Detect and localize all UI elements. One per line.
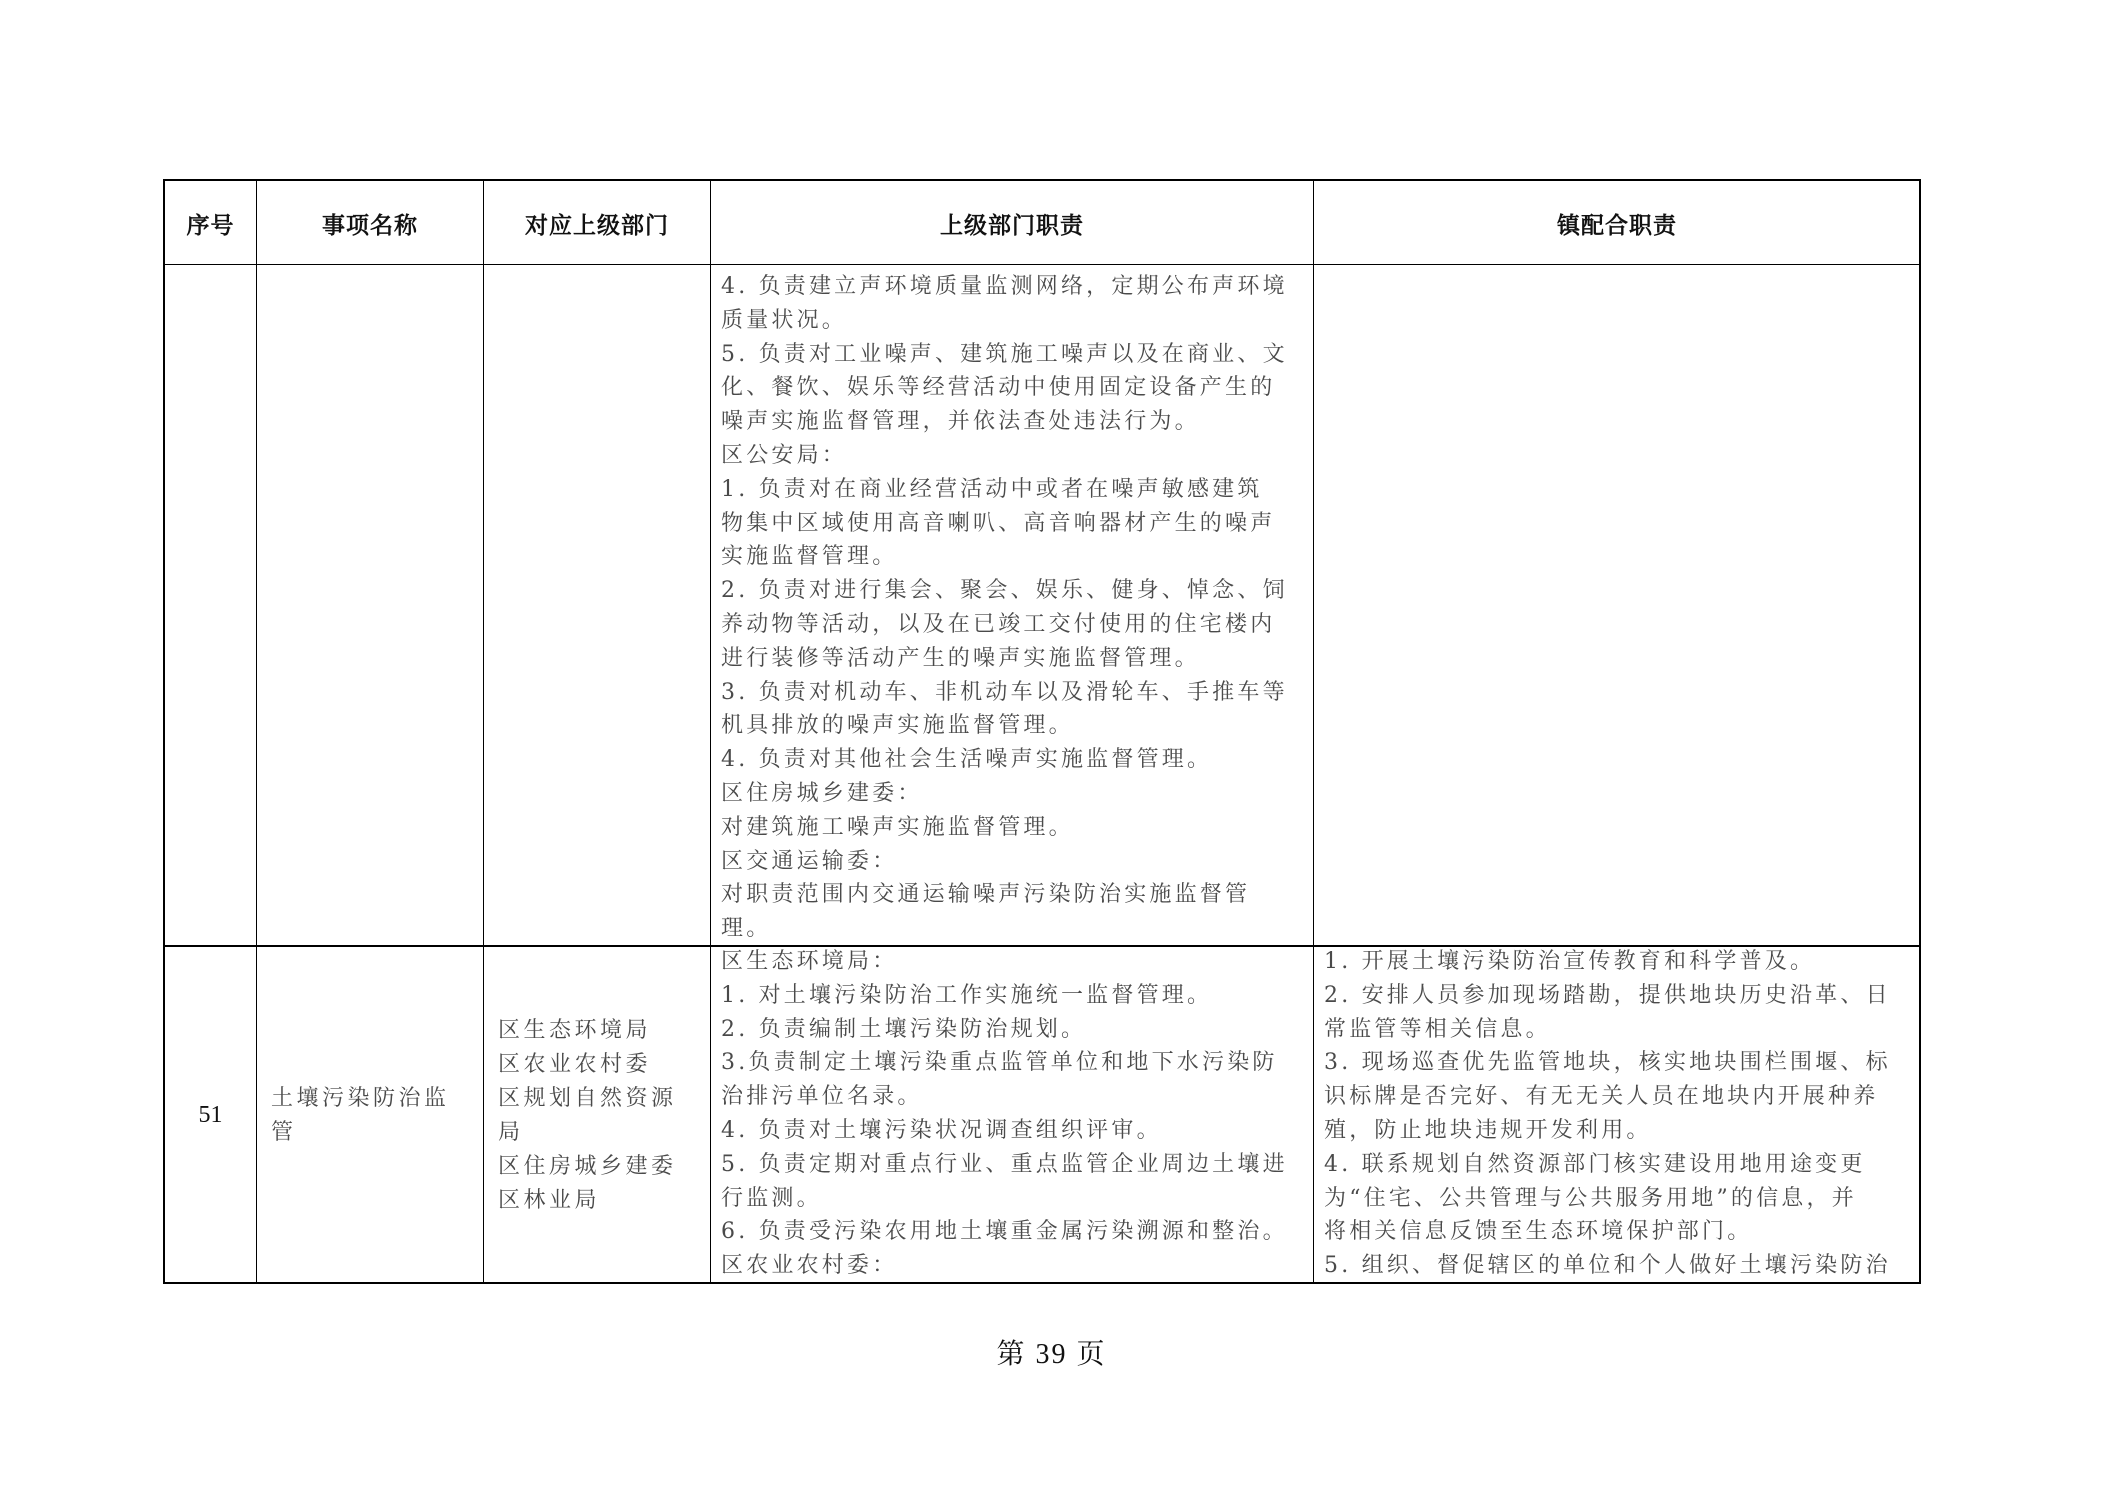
header-superior-duties: 上级部门职责 [711,181,1313,265]
text-line: 2. 负责编制土壤污染防治规划。 [721,1013,1307,1047]
header-town-duties: 镇配合职责 [1314,181,1920,265]
text-line: 实施监督管理。 [721,540,1307,574]
text-line: 质量状况。 [721,304,1307,338]
page-number: 第 39 页 [0,1332,2103,1372]
text-line: 区交通运输委： [721,845,1307,879]
text-line: 1. 负责对在商业经营活动中或者在噪声敏感建筑 [721,473,1307,507]
superior-duties-cell: 4. 负责建立声环境质量监测网络，定期公布声环境 质量状况。 5. 负责对工业噪… [711,266,1313,945]
text-line: 4. 负责对土壤污染状况调查组织评审。 [721,1114,1307,1148]
text-line: 3. 负责对机动车、非机动车以及滑轮车、手推车等 [721,676,1307,710]
text-line: 5. 组织、督促辖区的单位和个人做好土壤污染防治 [1324,1249,1914,1283]
text-line: 为“住宅、公共管理与公共服务用地”的信息，并 [1324,1182,1914,1216]
text-line: 治排污单位名录。 [721,1080,1307,1114]
header-item-name: 事项名称 [257,181,483,265]
text-line: 3. 现场巡查优先监管地块，核实地块围栏围堰、标 [1324,1046,1914,1080]
text-line: 机具排放的噪声实施监督管理。 [721,709,1307,743]
text-line: 噪声实施监督管理，并依法查处违法行为。 [721,405,1307,439]
text-line: 理。 [721,912,1307,945]
text-line: 4. 负责建立声环境质量监测网络，定期公布声环境 [721,270,1307,304]
text-line: 2. 安排人员参加现场踏勘，提供地块历史沿革、日 [1324,979,1914,1013]
header-seq: 序号 [165,181,256,265]
dept-line: 区农业农村委 [498,1048,677,1082]
text-line: 进行装修等活动产生的噪声实施监督管理。 [721,642,1307,676]
text-line: 常监管等相关信息。 [1324,1013,1914,1047]
text-line: 5. 负责对工业噪声、建筑施工噪声以及在商业、文 [721,338,1307,372]
row-seq-number: 51 [165,947,256,1284]
town-duties-cell: 1. 开展土壤污染防治宣传教育和科学普及。 2. 安排人员参加现场踏勘，提供地块… [1314,945,1920,1284]
text-line: 4. 联系规划自然资源部门核实建设用地用途变更 [1324,1148,1914,1182]
dept-line: 区生态环境局 [498,1014,677,1048]
superior-duties-cell: 区生态环境局： 1. 对土壤污染防治工作实施统一监督管理。 2. 负责编制土壤污… [711,945,1313,1284]
superior-dept-cell: 区生态环境局 区农业农村委 区规划自然资源 局 区住房城乡建委 区林业局 [484,947,710,1284]
text-line: 6. 负责受污染农用地土壤重金属污染溯源和整治。 [721,1215,1307,1249]
dept-line: 局 [498,1116,677,1150]
duties-table: 序号 事项名称 对应上级部门 上级部门职责 镇配合职责 4. 负责建立声环境质量… [163,179,1921,1284]
item-name-cell: 土壤污染防治监 管 [257,947,483,1284]
text-line: 3.负责制定土壤污染重点监管单位和地下水污染防 [721,1046,1307,1080]
text-line: 将相关信息反馈至生态环境保护部门。 [1324,1215,1914,1249]
text-line: 4. 负责对其他社会生活噪声实施监督管理。 [721,743,1307,777]
dept-line: 区林业局 [498,1184,677,1218]
item-name-line: 土壤污染防治监 [271,1082,450,1116]
text-line: 识标牌是否完好、有无无关人员在地块内开展种养 [1324,1080,1914,1114]
text-line: 物集中区域使用高音喇叭、高音响器材产生的噪声 [721,507,1307,541]
text-line: 养动物等活动，以及在已竣工交付使用的住宅楼内 [721,608,1307,642]
text-line: 区生态环境局： [721,945,1307,979]
text-line: 行监测。 [721,1182,1307,1216]
text-line: 殖，防止地块违规开发利用。 [1324,1114,1914,1148]
dept-line: 区规划自然资源 [498,1082,677,1116]
text-line: 区公安局： [721,439,1307,473]
text-line: 2. 负责对进行集会、聚会、娱乐、健身、悼念、饲 [721,574,1307,608]
text-line: 5. 负责定期对重点行业、重点监管企业周边土壤进 [721,1148,1307,1182]
text-line: 1. 对土壤污染防治工作实施统一监督管理。 [721,979,1307,1013]
text-line: 1. 开展土壤污染防治宣传教育和科学普及。 [1324,945,1914,979]
text-line: 区住房城乡建委： [721,777,1307,811]
item-name-line: 管 [271,1116,450,1150]
text-line: 对建筑施工噪声实施监督管理。 [721,811,1307,845]
text-line: 区农业农村委： [721,1249,1307,1283]
header-superior-dept: 对应上级部门 [484,181,710,265]
text-line: 化、餐饮、娱乐等经营活动中使用固定设备产生的 [721,371,1307,405]
text-line: 对职责范围内交通运输噪声污染防治实施监督管 [721,878,1307,912]
dept-line: 区住房城乡建委 [498,1150,677,1184]
